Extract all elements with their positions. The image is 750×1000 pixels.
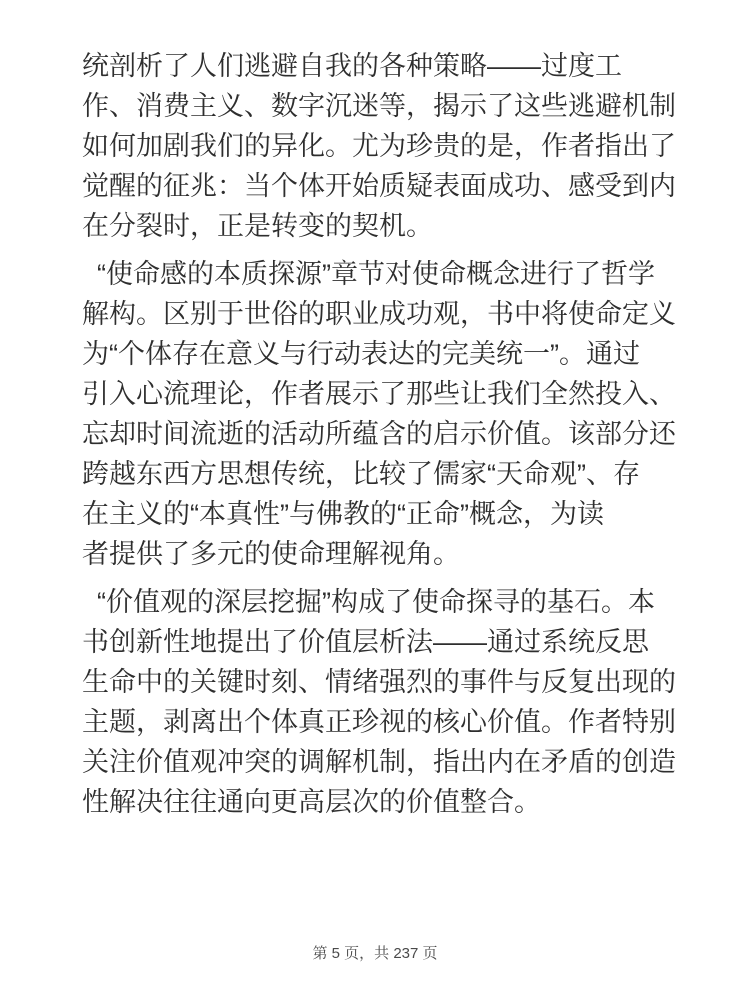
text-line: 者提供了多元的使命理解视角。 bbox=[82, 534, 682, 574]
text-line: 书创新性地提出了价值层析法——通过系统反思 bbox=[82, 622, 682, 662]
text-line: 为“个体存在意义与行动表达的完美统一”。通过 bbox=[82, 334, 682, 374]
text-line: 主题，剥离出个体真正珍视的核心价值。作者特别 bbox=[82, 702, 682, 742]
text-line: 在分裂时，正是转变的契机。 bbox=[82, 206, 682, 246]
text-line: 觉醒的征兆：当个体开始质疑表面成功、感受到内 bbox=[82, 166, 682, 206]
paragraph: “价值观的深层挖掘”构成了使命探寻的基石。本书创新性地提出了价值层析法——通过系… bbox=[82, 582, 682, 822]
page-number-indicator: 第 5 页，共 237 页 bbox=[0, 944, 750, 964]
paragraph: 统剖析了人们逃避自我的各种策略——过度工作、消费主义、数字沉迷等，揭示了这些逃避… bbox=[82, 46, 682, 246]
text-line: 作、消费主义、数字沉迷等，揭示了这些逃避机制 bbox=[82, 86, 682, 126]
text-line: 跨越东西方思想传统，比较了儒家“天命观”、存 bbox=[82, 454, 682, 494]
text-line: 在主义的“本真性”与佛教的“正命”概念，为读 bbox=[82, 494, 682, 534]
text-line: 解构。区别于世俗的职业成功观，书中将使命定义 bbox=[82, 294, 682, 334]
text-line: 引入心流理论，作者展示了那些让我们全然投入、 bbox=[82, 374, 682, 414]
text-line: “使命感的本质探源”章节对使命概念进行了哲学 bbox=[82, 254, 682, 294]
text-line: 忘却时间流逝的活动所蕴含的启示价值。该部分还 bbox=[82, 414, 682, 454]
paragraph: “使命感的本质探源”章节对使命概念进行了哲学解构。区别于世俗的职业成功观，书中将… bbox=[82, 254, 682, 574]
document-page: 统剖析了人们逃避自我的各种策略——过度工作、消费主义、数字沉迷等，揭示了这些逃避… bbox=[0, 0, 750, 1000]
text-line: 生命中的关键时刻、情绪强烈的事件与反复出现的 bbox=[82, 662, 682, 702]
text-line: 关注价值观冲突的调解机制，指出内在矛盾的创造 bbox=[82, 742, 682, 782]
text-line: 性解决往往通向更高层次的价值整合。 bbox=[82, 782, 682, 822]
page-text-body: 统剖析了人们逃避自我的各种策略——过度工作、消费主义、数字沉迷等，揭示了这些逃避… bbox=[82, 46, 682, 830]
text-line: 统剖析了人们逃避自我的各种策略——过度工 bbox=[82, 46, 682, 86]
text-line: “价值观的深层挖掘”构成了使命探寻的基石。本 bbox=[82, 582, 682, 622]
text-line: 如何加剧我们的异化。尤为珍贵的是，作者指出了 bbox=[82, 126, 682, 166]
